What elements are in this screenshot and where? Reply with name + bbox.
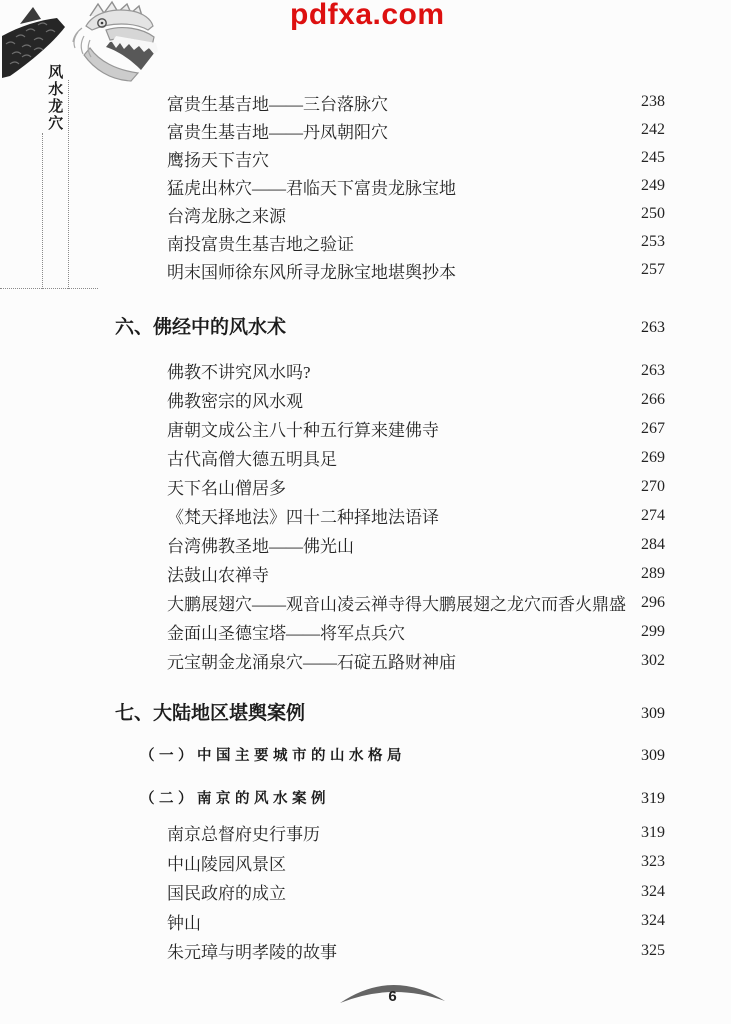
- toc-entry: 富贵生基吉地——三台落脉穴 238: [167, 88, 665, 116]
- toc-entry-title: 猛虎出林穴——君临天下富贵龙脉宝地: [167, 174, 456, 199]
- toc-section-seven-entries: 南京总督府史行事历 319 中山陵园风景区 323 国民政府的成立 324 钟山…: [167, 818, 665, 966]
- toc-entry-title: 南京总督府史行事历: [167, 820, 320, 845]
- toc-entry-page: 250: [641, 205, 665, 223]
- toc-entry-title: 富贵生基吉地——三台落脉穴: [167, 90, 388, 115]
- watermark-text: pdfxa.com: [290, 0, 445, 32]
- toc-entry-page: 325: [641, 942, 665, 960]
- subsection-title: （一）中国主要城市的山水格局: [140, 744, 406, 768]
- section-heading-page: 263: [641, 316, 665, 340]
- toc-entry-title: 佛教密宗的风水观: [167, 387, 303, 412]
- toc-entry: 中山陵园风景区 323: [167, 848, 665, 878]
- toc-entry-page: 324: [641, 883, 665, 901]
- subsection-title: （二）南京的风水案例: [140, 787, 330, 811]
- toc-entry-page: 263: [641, 362, 665, 380]
- toc-entry-page: 267: [641, 420, 665, 438]
- toc-entry-page: 257: [641, 261, 665, 279]
- toc-entry: 朱元璋与明孝陵的故事 325: [167, 936, 665, 966]
- toc-entry-title: 《梵天择地法》四十二种择地法语译: [167, 503, 439, 528]
- toc-entry-page: 274: [641, 507, 665, 525]
- toc-entry: 佛教密宗的风水观 266: [167, 385, 665, 414]
- toc-entry-title: 法鼓山农禅寺: [167, 561, 269, 586]
- scanned-book-toc-page: pdfxa.com 风水龙穴 富贵生基吉地——三台落脉穴 238: [0, 0, 731, 1024]
- subsection-page: 309: [641, 744, 665, 768]
- toc-section-heading: 六、佛经中的风水术 263: [115, 316, 665, 340]
- toc-entry-title: 天下名山僧居多: [167, 474, 286, 499]
- toc-entry: 国民政府的成立 324: [167, 877, 665, 907]
- subsection-page: 319: [641, 787, 665, 811]
- toc-entry: 《梵天择地法》四十二种择地法语译 274: [167, 501, 665, 530]
- toc-entry-title: 钟山: [167, 909, 201, 934]
- toc-subsection-heading: （一）中国主要城市的山水格局 309: [140, 744, 665, 768]
- dotted-rule-vertical-right: [68, 80, 69, 289]
- toc-entry: 台湾龙脉之来源 250: [167, 200, 665, 228]
- toc-entry-title: 富贵生基吉地——丹凤朝阳穴: [167, 118, 388, 143]
- toc-entry-title: 台湾佛教圣地——佛光山: [167, 532, 354, 557]
- dragon-head-illustration: [0, 0, 158, 98]
- toc-entry-page: 242: [641, 121, 665, 139]
- toc-entry-title: 国民政府的成立: [167, 879, 286, 904]
- toc-entry: 佛教不讲究风水吗? 263: [167, 356, 665, 385]
- toc-entry-title: 元宝朝金龙涌泉穴——石碇五路财神庙: [167, 648, 456, 673]
- toc-entry-title: 中山陵园风景区: [167, 850, 286, 875]
- toc-entry: 钟山 324: [167, 907, 665, 937]
- toc-entry-page: 299: [641, 623, 665, 641]
- toc-entry-title: 佛教不讲究风水吗?: [167, 358, 311, 383]
- toc-entry-page: 289: [641, 565, 665, 583]
- section-heading-title: 七、大陆地区堪舆案例: [115, 702, 305, 726]
- section-heading-page: 309: [641, 702, 665, 726]
- toc-section-heading: 七、大陆地区堪舆案例 309: [115, 702, 665, 726]
- toc-subsection-heading: （二）南京的风水案例 319: [140, 787, 665, 811]
- toc-entry-title: 南投富贵生基吉地之验证: [167, 230, 354, 255]
- toc-entry-page: 302: [641, 652, 665, 670]
- toc-entry-page: 319: [641, 824, 665, 842]
- toc-entry: 南京总督府史行事历 319: [167, 818, 665, 848]
- toc-entry: 古代高僧大德五明具足 269: [167, 443, 665, 472]
- toc-entry-title: 台湾龙脉之来源: [167, 202, 286, 227]
- toc-entry: 台湾佛教圣地——佛光山 284: [167, 530, 665, 559]
- toc-entry: 南投富贵生基吉地之验证 253: [167, 228, 665, 256]
- toc-entry: 富贵生基吉地——丹凤朝阳穴 242: [167, 116, 665, 144]
- book-title-vertical: 风水龙穴: [45, 64, 62, 204]
- toc-entry-title: 唐朝文成公主八十种五行算来建佛寺: [167, 416, 439, 441]
- toc-entry-title: 朱元璋与明孝陵的故事: [167, 938, 337, 963]
- toc-entry-page: 253: [641, 233, 665, 251]
- toc-entry-page: 324: [641, 912, 665, 930]
- dotted-rule-horizontal: [0, 288, 98, 289]
- toc-entry-title: 鹰扬天下吉穴: [167, 146, 269, 171]
- toc-entry-page: 266: [641, 391, 665, 409]
- toc-entry: 明末国师徐东风所寻龙脉宝地堪舆抄本 257: [167, 256, 665, 284]
- toc-entry-title: 金面山圣德宝塔——将军点兵穴: [167, 619, 405, 644]
- toc-entry: 元宝朝金龙涌泉穴——石碇五路财神庙 302: [167, 646, 665, 675]
- toc-entry: 猛虎出林穴——君临天下富贵龙脉宝地 249: [167, 172, 665, 200]
- toc-entry: 大鹏展翅穴——观音山凌云禅寺得大鹏展翅之龙穴而香火鼎盛 296: [167, 588, 665, 617]
- toc-section-six-entries: 佛教不讲究风水吗? 263 佛教密宗的风水观 266 唐朝文成公主八十种五行算来…: [167, 356, 665, 675]
- page-number: 6: [335, 988, 450, 1005]
- toc-entry-page: 269: [641, 449, 665, 467]
- toc-entry-page: 323: [641, 853, 665, 871]
- toc-entry: 金面山圣德宝塔——将军点兵穴 299: [167, 617, 665, 646]
- toc-continued-entries: 富贵生基吉地——三台落脉穴 238 富贵生基吉地——丹凤朝阳穴 242 鹰扬天下…: [167, 88, 665, 284]
- toc-entry: 天下名山僧居多 270: [167, 472, 665, 501]
- toc-entry-page: 249: [641, 177, 665, 195]
- toc-entry: 唐朝文成公主八十种五行算来建佛寺 267: [167, 414, 665, 443]
- toc-entry-title: 大鹏展翅穴——观音山凌云禅寺得大鹏展翅之龙穴而香火鼎盛: [167, 590, 626, 615]
- toc-entry-page: 270: [641, 478, 665, 496]
- dragon-fin: [20, 7, 41, 24]
- toc-entry-title: 古代高僧大德五明具足: [167, 445, 337, 470]
- dotted-rule-vertical-left: [42, 133, 43, 289]
- section-heading-title: 六、佛经中的风水术: [115, 316, 286, 340]
- toc-entry: 鹰扬天下吉穴 245: [167, 144, 665, 172]
- toc-entry: 法鼓山农禅寺 289: [167, 559, 665, 588]
- toc-entry-page: 245: [641, 149, 665, 167]
- toc-entry-page: 238: [641, 93, 665, 111]
- toc-entry-title: 明末国师徐东风所寻龙脉宝地堪舆抄本: [167, 258, 456, 283]
- toc-entry-page: 296: [641, 594, 665, 612]
- toc-entry-page: 284: [641, 536, 665, 554]
